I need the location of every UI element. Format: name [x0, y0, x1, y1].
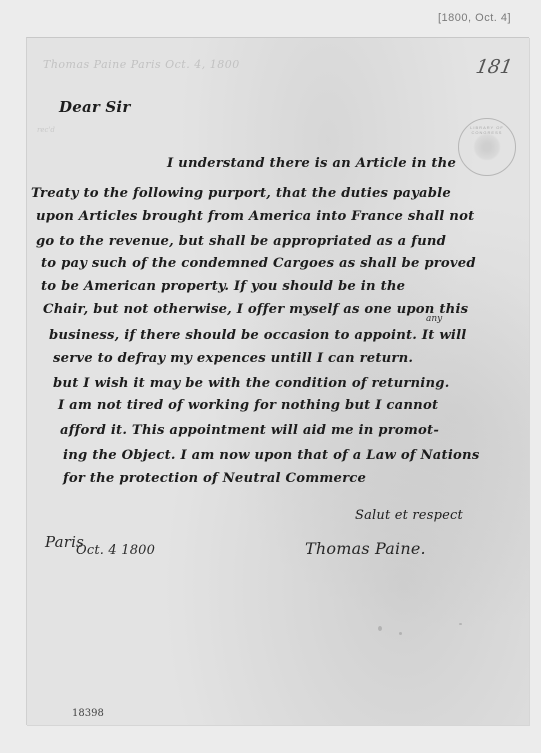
body-line: Chair, but not otherwise, I offer myself… — [43, 302, 468, 317]
ink-spot — [378, 626, 382, 631]
body-line: Treaty to the following purport, that th… — [31, 186, 451, 201]
library-stamp: LIBRARY OF CONGRESS — [458, 118, 516, 176]
body-line: afford it. This appointment will aid me … — [60, 423, 439, 438]
body-line: to pay such of the condemned Cargoes as … — [41, 256, 476, 271]
body-line: upon Articles brought from America into … — [36, 209, 474, 224]
signature: Thomas Paine. — [305, 539, 426, 558]
body-line: to be American property. If you should b… — [41, 279, 405, 294]
ink-spot — [459, 623, 462, 625]
ink-spot — [399, 632, 402, 635]
body-line: I understand there is an Article in the — [167, 156, 456, 171]
stamp-emblem-icon — [473, 133, 501, 161]
body-line: go to the revenue, but shall be appropri… — [36, 234, 446, 249]
body-line: business, if there should be occasion to… — [49, 328, 467, 343]
closing: Salut et respect — [355, 508, 463, 523]
body-line: ing the Object. I am now upon that of a … — [63, 448, 479, 463]
archive-number: 18398 — [72, 708, 104, 719]
body-line: serve to defray my expences untill I can… — [53, 351, 413, 366]
salutation: Dear Sir — [59, 98, 130, 116]
faint-annotation-top: Thomas Paine Paris Oct. 4, 1800 — [43, 58, 240, 71]
stamp-label: LIBRARY OF CONGRESS — [459, 125, 515, 135]
letter-sheet: Thomas Paine Paris Oct. 4, 1800 rec'd 18… — [26, 37, 529, 725]
faint-annotation-margin: rec'd — [37, 126, 55, 134]
body-line: but I wish it may be with the condition … — [53, 376, 450, 391]
body-line: I am not tired of working for nothing bu… — [58, 398, 438, 413]
folio-number: 181 — [474, 56, 514, 78]
body-line: for the protection of Neutral Commerce — [63, 471, 366, 486]
archive-reference: [1800, Oct. 4] — [438, 12, 511, 24]
interlineation: any — [426, 314, 442, 324]
date: Oct. 4 1800 — [76, 543, 155, 558]
